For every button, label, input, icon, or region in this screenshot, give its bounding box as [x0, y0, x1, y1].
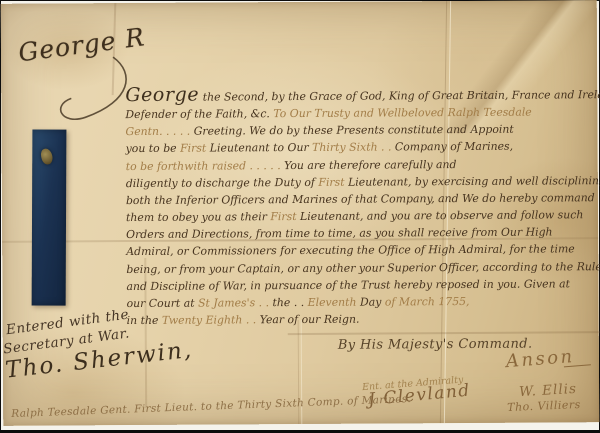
engraved-text: and Discipline of War, in pursuance of t…	[126, 277, 570, 293]
engraved-text: Defender of the Faith, &c.	[125, 107, 273, 121]
engraved-text: both the Inferior Officers and Marines o…	[126, 191, 595, 207]
parchment: George R George the Second, by the Grace…	[1, 0, 600, 426]
engraved-text: Orders and Directions, from time to time…	[126, 226, 553, 242]
manuscript-text: to be forthwith raised . . . . .	[126, 159, 284, 173]
engraved-text: You are therefore carefully and	[284, 158, 456, 172]
manuscript-text: First	[180, 142, 210, 155]
engraved-text: Lieutenant to Our	[210, 141, 312, 155]
anson-signature: Anson	[505, 346, 575, 372]
text-line: Defender of the Faith, &c. To Our Trusty…	[125, 103, 600, 123]
engraved-text: in the	[127, 314, 162, 327]
lower-horizontal-crease	[288, 331, 600, 335]
villiers-signature: Tho. Villiers	[507, 398, 581, 414]
scanned-commission-document: George R George the Second, by the Grace…	[0, 0, 600, 433]
engraved-text: Greeting. We do by these Presents consti…	[194, 123, 514, 138]
engraved-text: you to be	[126, 142, 181, 155]
manuscript-text: To Our Trusty and Wellbeloved Ralph Tees…	[273, 106, 531, 121]
manuscript-text: Eleventh	[308, 296, 360, 309]
engraved-text: Year of our Reign.	[260, 313, 360, 327]
engraved-text: Admiral, or Commissioners for executing …	[126, 243, 575, 259]
manuscript-text: Thirty Sixth . .	[312, 141, 395, 155]
manuscript-text: Gentn. . . . .	[125, 125, 193, 138]
engraved-text: Lieutenant, by exercising and well disci…	[348, 174, 600, 189]
ellis-signature: W. Ellis	[519, 381, 578, 400]
manuscript-text: Twenty Eighth . .	[162, 313, 260, 327]
engraved-text: Lieutenant, and you are to observe and f…	[300, 208, 583, 223]
manuscript-text: First	[318, 175, 348, 188]
commission-body-text: George the Second, by the Grace of God, …	[125, 84, 600, 329]
manuscript-text: of March 1755,	[385, 295, 470, 309]
text-line: in the Twenty Eighth . . Year of our Rei…	[127, 309, 600, 329]
engraved-text: the . .	[272, 296, 307, 309]
wax-seal	[40, 148, 54, 166]
command-line: By His Majesty's Command.	[338, 337, 533, 353]
engraved-text: Day	[360, 295, 385, 308]
manuscript-text: First	[270, 210, 300, 223]
engraved-text: Company of Marines,	[395, 140, 513, 154]
ribbon	[32, 129, 67, 305]
text-line: and Discipline of War, in pursuance of t…	[126, 275, 600, 295]
opening-word: George	[125, 84, 199, 106]
engraved-text: the Second, by the Grace of God, King of…	[199, 88, 600, 104]
manuscript-text: St James's . .	[198, 296, 272, 309]
engraved-text: them to obey you as their	[126, 210, 270, 224]
engraved-text: our Court at	[127, 296, 199, 309]
engraved-text: being, or from your Captain, or any othe…	[126, 260, 600, 276]
engraved-text: diligently to discharge the Duty of	[126, 176, 319, 190]
docket-line: Ralph Teesdale Gent. First Lieut. to the…	[11, 393, 411, 420]
